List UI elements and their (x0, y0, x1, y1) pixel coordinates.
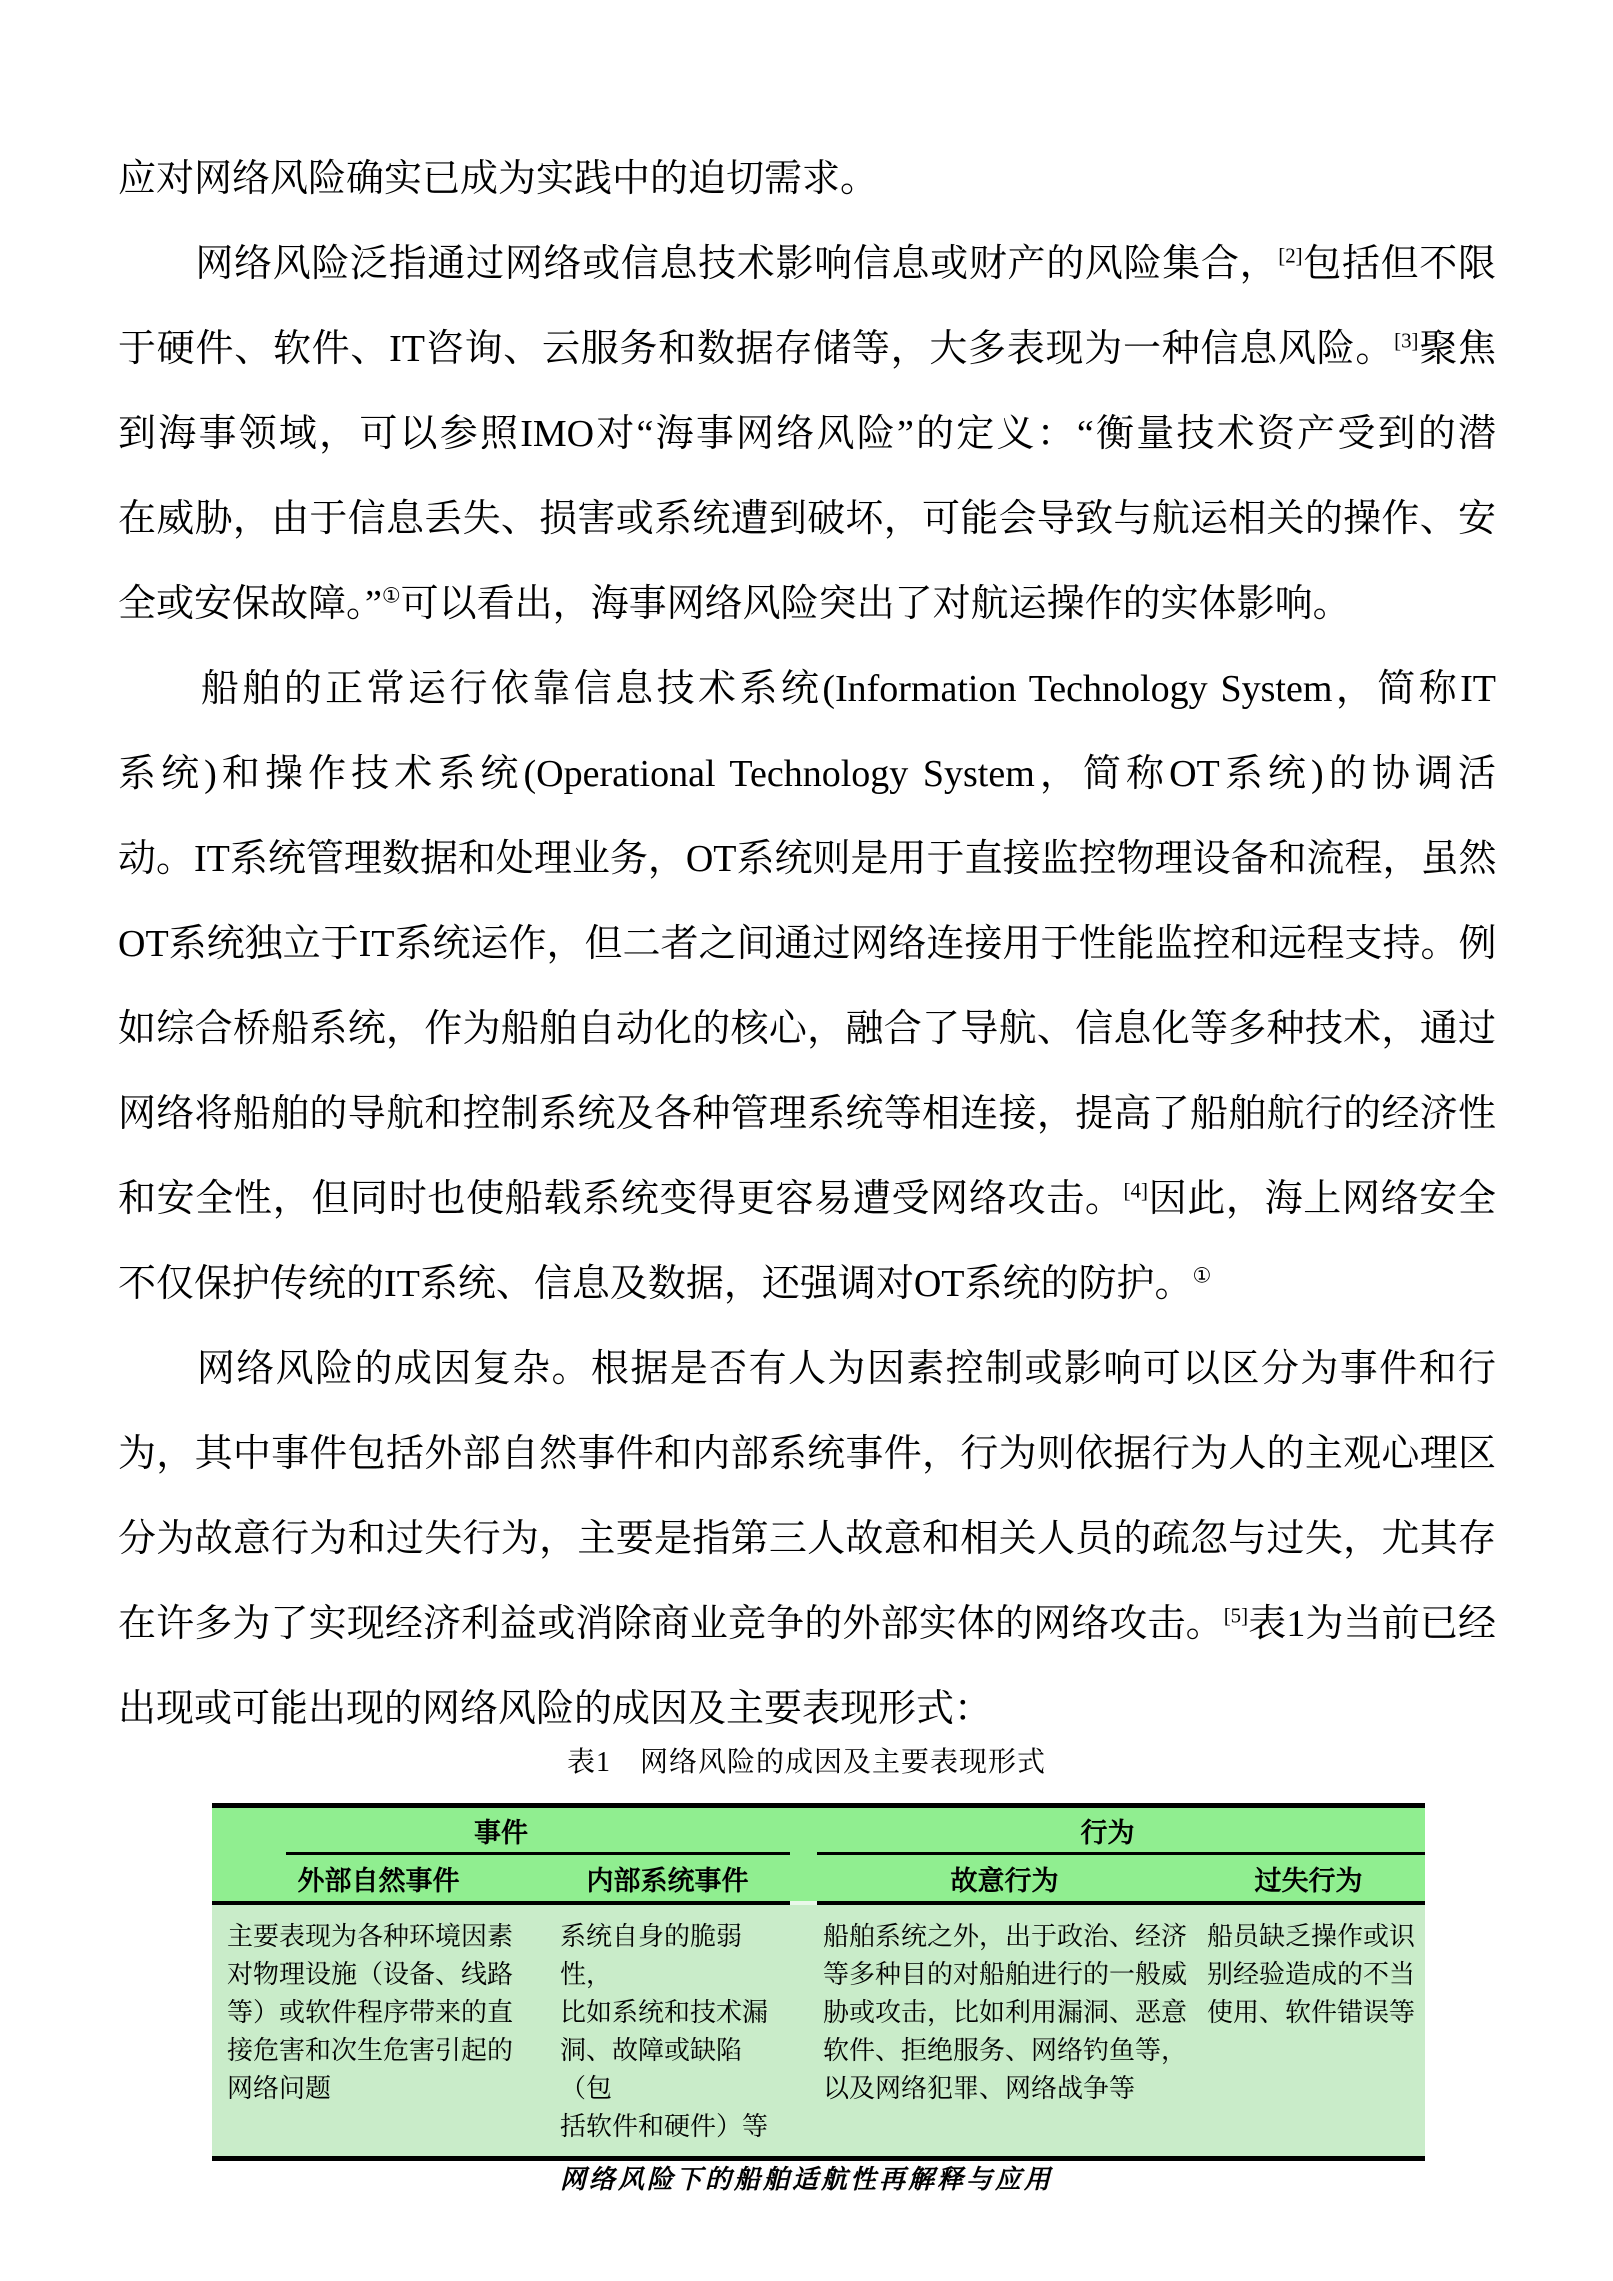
underline-behaviors (817, 1852, 1425, 1855)
text-line: 和安全性，但同时也使船载系统变得更容易遭受网络攻击。[4]因此，海上网络安全 (118, 1157, 1496, 1242)
text-line: 系统)和操作技术系统(Operational Technology System… (118, 732, 1496, 817)
column-header-intentional-behavior: 故意行为 (817, 1859, 1192, 1898)
running-title-footer: 网络风险下的船舶适航性再解释与应用 (0, 2158, 1613, 2202)
document-page: 应对网络风险确实已成为实践中的迫切需求。 网络风险泛指通过网络或信息技术影响信息… (0, 0, 1613, 2281)
cell-intentional-behavior: 船舶系统之外，出于政治、经济 等多种目的对船舶进行的一般威 胁或攻击，比如利用漏… (817, 1918, 1192, 2146)
text-line: 在许多为了实现经济利益或消除商业竞争的外部实体的网络攻击。[5]表1为当前已经 (118, 1582, 1496, 1667)
text-line: 全或安保故障。”①可以看出，海事网络风险突出了对航运操作的实体影响。 (118, 562, 1496, 647)
column-header-internal-system-events: 内部系统事件 (545, 1859, 790, 1898)
table-body: 主要表现为各种环境因素 对物理设施（设备、线路 等）或软件程序带来的直 接危害和… (212, 1905, 1425, 2156)
group-header-underlines (212, 1852, 1425, 1855)
body-text: 应对网络风险确实已成为实践中的迫切需求。 网络风险泛指通过网络或信息技术影响信息… (118, 137, 1496, 1752)
text-line: OT系统独立于IT系统运作，但二者之间通过网络连接用于性能监控和远程支持。例 (118, 902, 1496, 987)
text-line: 到海事领域，可以参照IMO对“海事网络风险”的定义：“衡量技术资产受到的潜 (118, 392, 1496, 477)
group-header-behaviors: 行为 (790, 1811, 1425, 1850)
underline-events (286, 1852, 790, 1855)
divider-gap (790, 1901, 817, 1905)
column-header-external-natural-events: 外部自然事件 (212, 1859, 545, 1898)
text-line: 不仅保护传统的IT系统、信息及数据，还强调对OT系统的防护。① (118, 1242, 1496, 1327)
column-header-negligent-behavior: 过失行为 (1192, 1859, 1425, 1898)
cell-external-natural-events: 主要表现为各种环境因素 对物理设施（设备、线路 等）或软件程序带来的直 接危害和… (212, 1918, 545, 2146)
text-line: 为，其中事件包括外部自然事件和内部系统事件，行为则依据行为人的主观心理区 (118, 1412, 1496, 1497)
header-body-divider (212, 1901, 1425, 1905)
cell-gap (790, 1918, 817, 2146)
text-line: 动。IT系统管理数据和处理业务，OT系统则是用于直接监控物理设备和流程，虽然 (118, 817, 1496, 902)
risk-cause-table: 事件 行为 外部自然事件 内部系统事件 故意行为 过失行为 主要表现为各种环境因… (212, 1803, 1425, 2161)
table-header: 事件 行为 外部自然事件 内部系统事件 故意行为 过失行为 (212, 1808, 1425, 1901)
text-line: 船舶的正常运行依靠信息技术系统(Information Technology S… (118, 647, 1496, 732)
group-header-events: 事件 (212, 1811, 790, 1850)
table-subheader-row: 外部自然事件 内部系统事件 故意行为 过失行为 (212, 1855, 1425, 1901)
table-caption: 表1 网络风险的成因及主要表现形式 (0, 1740, 1613, 1786)
text-line: 如综合桥船系统，作为船舶自动化的核心，融合了导航、信息化等多种技术，通过 (118, 987, 1496, 1072)
text-line: 网络风险泛指通过网络或信息技术影响信息或财产的风险集合，[2]包括但不限 (118, 222, 1496, 307)
text-line: 于硬件、软件、IT咨询、云服务和数据存储等，大多表现为一种信息风险。[3]聚焦 (118, 307, 1496, 392)
cell-internal-system-events: 系统自身的脆弱性， 比如系统和技术漏 洞、故障或缺陷（包 括软件和硬件）等 (545, 1918, 790, 2146)
table-group-header-row: 事件 行为 (212, 1808, 1425, 1852)
text-line: 分为故意行为和过失行为，主要是指第三人故意和相关人员的疏忽与过失，尤其存 (118, 1497, 1496, 1582)
text-line: 网络风险的成因复杂。根据是否有人为因素控制或影响可以区分为事件和行 (118, 1327, 1496, 1412)
divider-left-segment (212, 1901, 790, 1905)
text-line: 网络将船舶的导航和控制系统及各种管理系统等相连接，提高了船舶航行的经济性 (118, 1072, 1496, 1157)
text-line: 应对网络风险确实已成为实践中的迫切需求。 (118, 137, 1496, 222)
cell-negligent-behavior: 船员缺乏操作或识 别经验造成的不当 使用、软件错误等 (1192, 1918, 1425, 2146)
divider-right-segment (817, 1901, 1425, 1905)
text-line: 在威胁，由于信息丢失、损害或系统遭到破坏，可能会导致与航运相关的操作、安 (118, 477, 1496, 562)
